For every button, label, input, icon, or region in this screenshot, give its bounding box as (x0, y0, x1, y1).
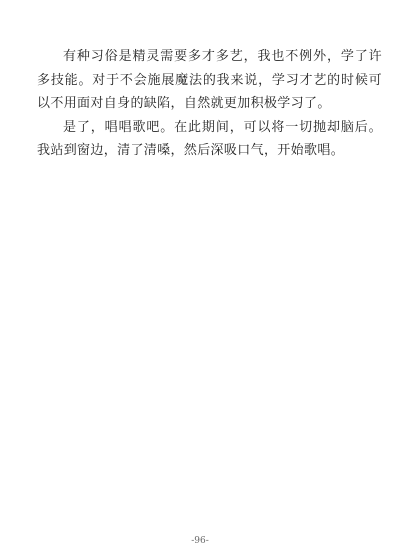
document-page: 有种习俗是精灵需要多才多艺，我也不例外，学了许多技能。对于不会施展魔法的我来说，… (0, 0, 400, 559)
page-number: -96- (0, 536, 400, 546)
paragraph-2: 是了，唱唱歌吧。在此期间，可以将一切抛却脑后。我站到窗边，清了清嗓，然后深吸口气… (37, 116, 382, 163)
body-text: 有种习俗是精灵需要多才多艺，我也不例外，学了许多技能。对于不会施展魔法的我来说，… (37, 45, 382, 163)
paragraph-1: 有种习俗是精灵需要多才多艺，我也不例外，学了许多技能。对于不会施展魔法的我来说，… (37, 45, 382, 116)
